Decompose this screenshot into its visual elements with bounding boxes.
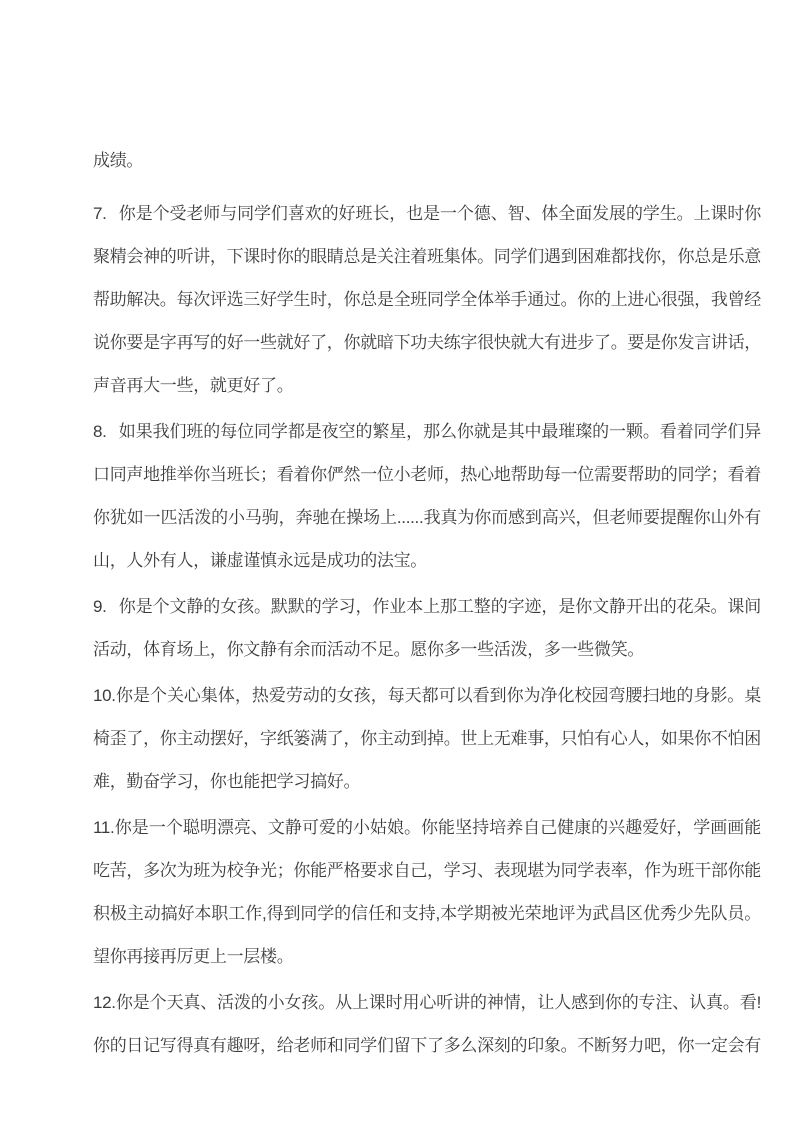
paragraph-text: 如果我们班的每位同学都是夜空的繁星，那么你就是其中最璀璨的一颗。看着同学们异口同… <box>93 422 761 570</box>
paragraph-text: 你是一个聪明漂亮、文静可爱的小姑娘。你能坚持培养自己健康的兴趣爱好，学画画能吃苦… <box>93 818 761 966</box>
paragraph-text: 你是个受老师与同学们喜欢的好班长，也是一个德、智、体全面发展的学生。上课时你聚精… <box>93 204 761 395</box>
document-page: 成绩。7.你是个受老师与同学们喜欢的好班长，也是一个德、智、体全面发展的学生。上… <box>0 0 793 1122</box>
paragraph: 10.你是个关心集体，热爱劳动的女孩，每天都可以看到你为净化校园弯腰扫地的身影。… <box>93 674 761 803</box>
paragraph: 11.你是一个聪明漂亮、文静可爱的小姑娘。你能坚持培养自己健康的兴趣爱好，学画画… <box>93 806 761 978</box>
paragraph: 7.你是个受老师与同学们喜欢的好班长，也是一个德、智、体全面发展的学生。上课时你… <box>93 192 761 407</box>
paragraph-number: 9. <box>93 597 107 616</box>
paragraph: 8.如果我们班的每位同学都是夜空的繁星，那么你就是其中最璀璨的一颗。看着同学们异… <box>93 410 761 582</box>
document-content: 成绩。7.你是个受老师与同学们喜欢的好班长，也是一个德、智、体全面发展的学生。上… <box>93 139 761 1067</box>
paragraph-text: 你是个关心集体，热爱劳动的女孩，每天都可以看到你为净化校园弯腰扫地的身影。桌椅歪… <box>93 686 761 791</box>
paragraph-number: 11. <box>93 818 114 837</box>
paragraph: 9.你是个文静的女孩。默默的学习，作业本上那工整的字迹，是你文静开出的花朵。课间… <box>93 585 761 671</box>
paragraph-text: 成绩。 <box>93 151 143 170</box>
paragraph-number: 10. <box>93 686 116 705</box>
paragraph-number: 12. <box>93 993 116 1012</box>
paragraph-number: 7. <box>93 204 107 223</box>
paragraph: 12.你是个天真、活泼的小女孩。从上课时用心听讲的神情，让人感到你的专注、认真。… <box>93 981 761 1067</box>
paragraph-text: 你是个天真、活泼的小女孩。从上课时用心听讲的神情，让人感到你的专注、认真。看!你… <box>93 993 761 1055</box>
paragraph: 成绩。 <box>93 139 761 182</box>
paragraph-text: 你是个文静的女孩。默默的学习，作业本上那工整的字迹，是你文静开出的花朵。课间活动… <box>93 597 761 659</box>
paragraph-number: 8. <box>93 422 107 441</box>
